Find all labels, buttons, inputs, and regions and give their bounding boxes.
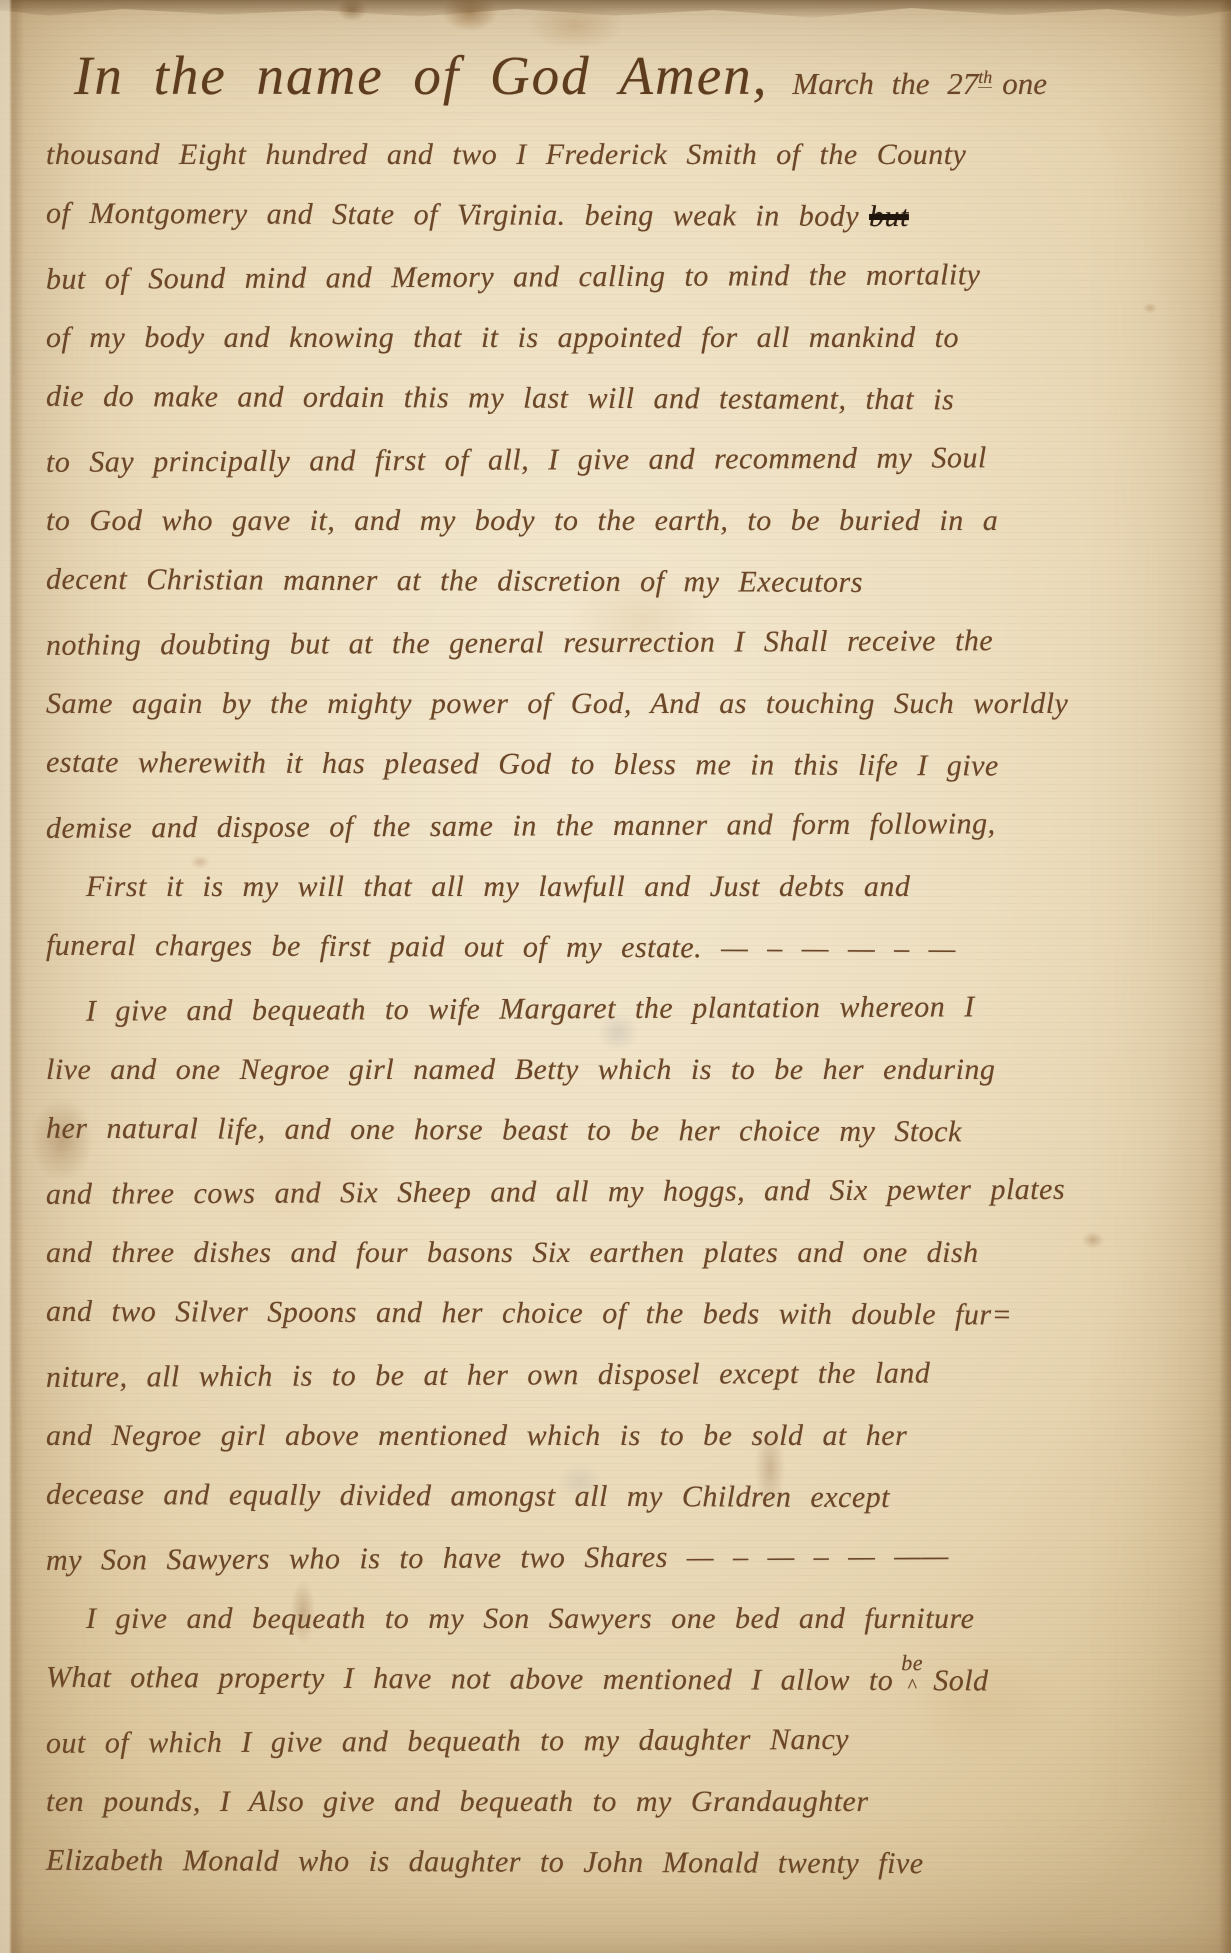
manuscript-line: die do make and ordain this my last will…: [46, 366, 1201, 431]
manuscript-line: demise and dispose of the same in the ma…: [46, 792, 1201, 859]
manuscript-line: of my body and knowing that it is appoin…: [46, 307, 1201, 368]
manuscript-line: Elizabeth Monald who is daughter to John…: [46, 1830, 1201, 1895]
manuscript-line: I give and bequeath to my Son Sawyers on…: [46, 1588, 1201, 1649]
date-phrase: March the 27thone: [792, 66, 1047, 101]
manuscript-line: and Negroe girl above mentioned which is…: [46, 1405, 1201, 1466]
manuscript-line: ten pounds, I Also give and bequeath to …: [46, 1771, 1201, 1832]
manuscript-line: thousand Eight hundred and two I Frederi…: [46, 124, 1201, 185]
opening-phrase: In the name of God Amen,: [74, 45, 768, 106]
line-text: What othea property I have not above men…: [46, 1661, 893, 1697]
manuscript-line: live and one Negroe girl named Betty whi…: [46, 1039, 1201, 1100]
manuscript-line: funeral charges be first paid out of my …: [46, 915, 1201, 980]
caret-mark: ^: [907, 1676, 916, 1696]
manuscript-text: In the name of God Amen,March the 27thon…: [0, 0, 1231, 1953]
manuscript-line: I give and bequeath to wife Margaret the…: [46, 975, 1201, 1042]
manuscript-line: and two Silver Spoons and her choice of …: [46, 1281, 1201, 1346]
manuscript-line: to God who gave it, and my body to the e…: [46, 490, 1201, 551]
inserted-word: be: [901, 1652, 923, 1674]
manuscript-line: and three dishes and four basons Six ear…: [46, 1222, 1201, 1283]
caret-insertion: be^: [893, 1660, 933, 1690]
manuscript-line: her natural life, and one horse beast to…: [46, 1098, 1201, 1163]
date-superscript: th: [978, 67, 992, 88]
line-text-after-insertion: Sold: [933, 1664, 988, 1697]
document-opening-line: In the name of God Amen,March the 27thon…: [46, 28, 1201, 124]
manuscript-line: out of which I give and bequeath to my d…: [46, 1707, 1201, 1774]
manuscript-line: decent Christian manner at the discretio…: [46, 549, 1201, 614]
line-text: of Montgomery and State of Virginia. bei…: [46, 197, 859, 233]
date-text: March the 27: [792, 66, 978, 101]
manuscript-line: niture, all which is to be at her own di…: [46, 1341, 1201, 1408]
manuscript-line: but of Sound mind and Memory and calling…: [46, 243, 1201, 310]
manuscript-line: of Montgomery and State of Virginia. bei…: [46, 183, 1201, 248]
manuscript-page: In the name of God Amen,March the 27thon…: [0, 0, 1231, 1953]
manuscript-line: to Say principally and first of all, I g…: [46, 426, 1201, 493]
struck-out-word: but: [869, 200, 909, 233]
date-suffix: one: [1002, 66, 1047, 101]
manuscript-line: estate wherewith it has pleased God to b…: [46, 732, 1201, 797]
manuscript-line: Same again by the mighty power of God, A…: [46, 673, 1201, 734]
manuscript-line: nothing doubting but at the general resu…: [46, 609, 1201, 676]
manuscript-line: First it is my will that all my lawfull …: [46, 856, 1201, 917]
manuscript-line: What othea property I have not above men…: [46, 1647, 1201, 1712]
manuscript-line: my Son Sawyers who is to have two Shares…: [46, 1524, 1201, 1591]
manuscript-line: and three cows and Six Sheep and all my …: [46, 1158, 1201, 1225]
manuscript-line: decease and equally divided amongst all …: [46, 1464, 1201, 1529]
